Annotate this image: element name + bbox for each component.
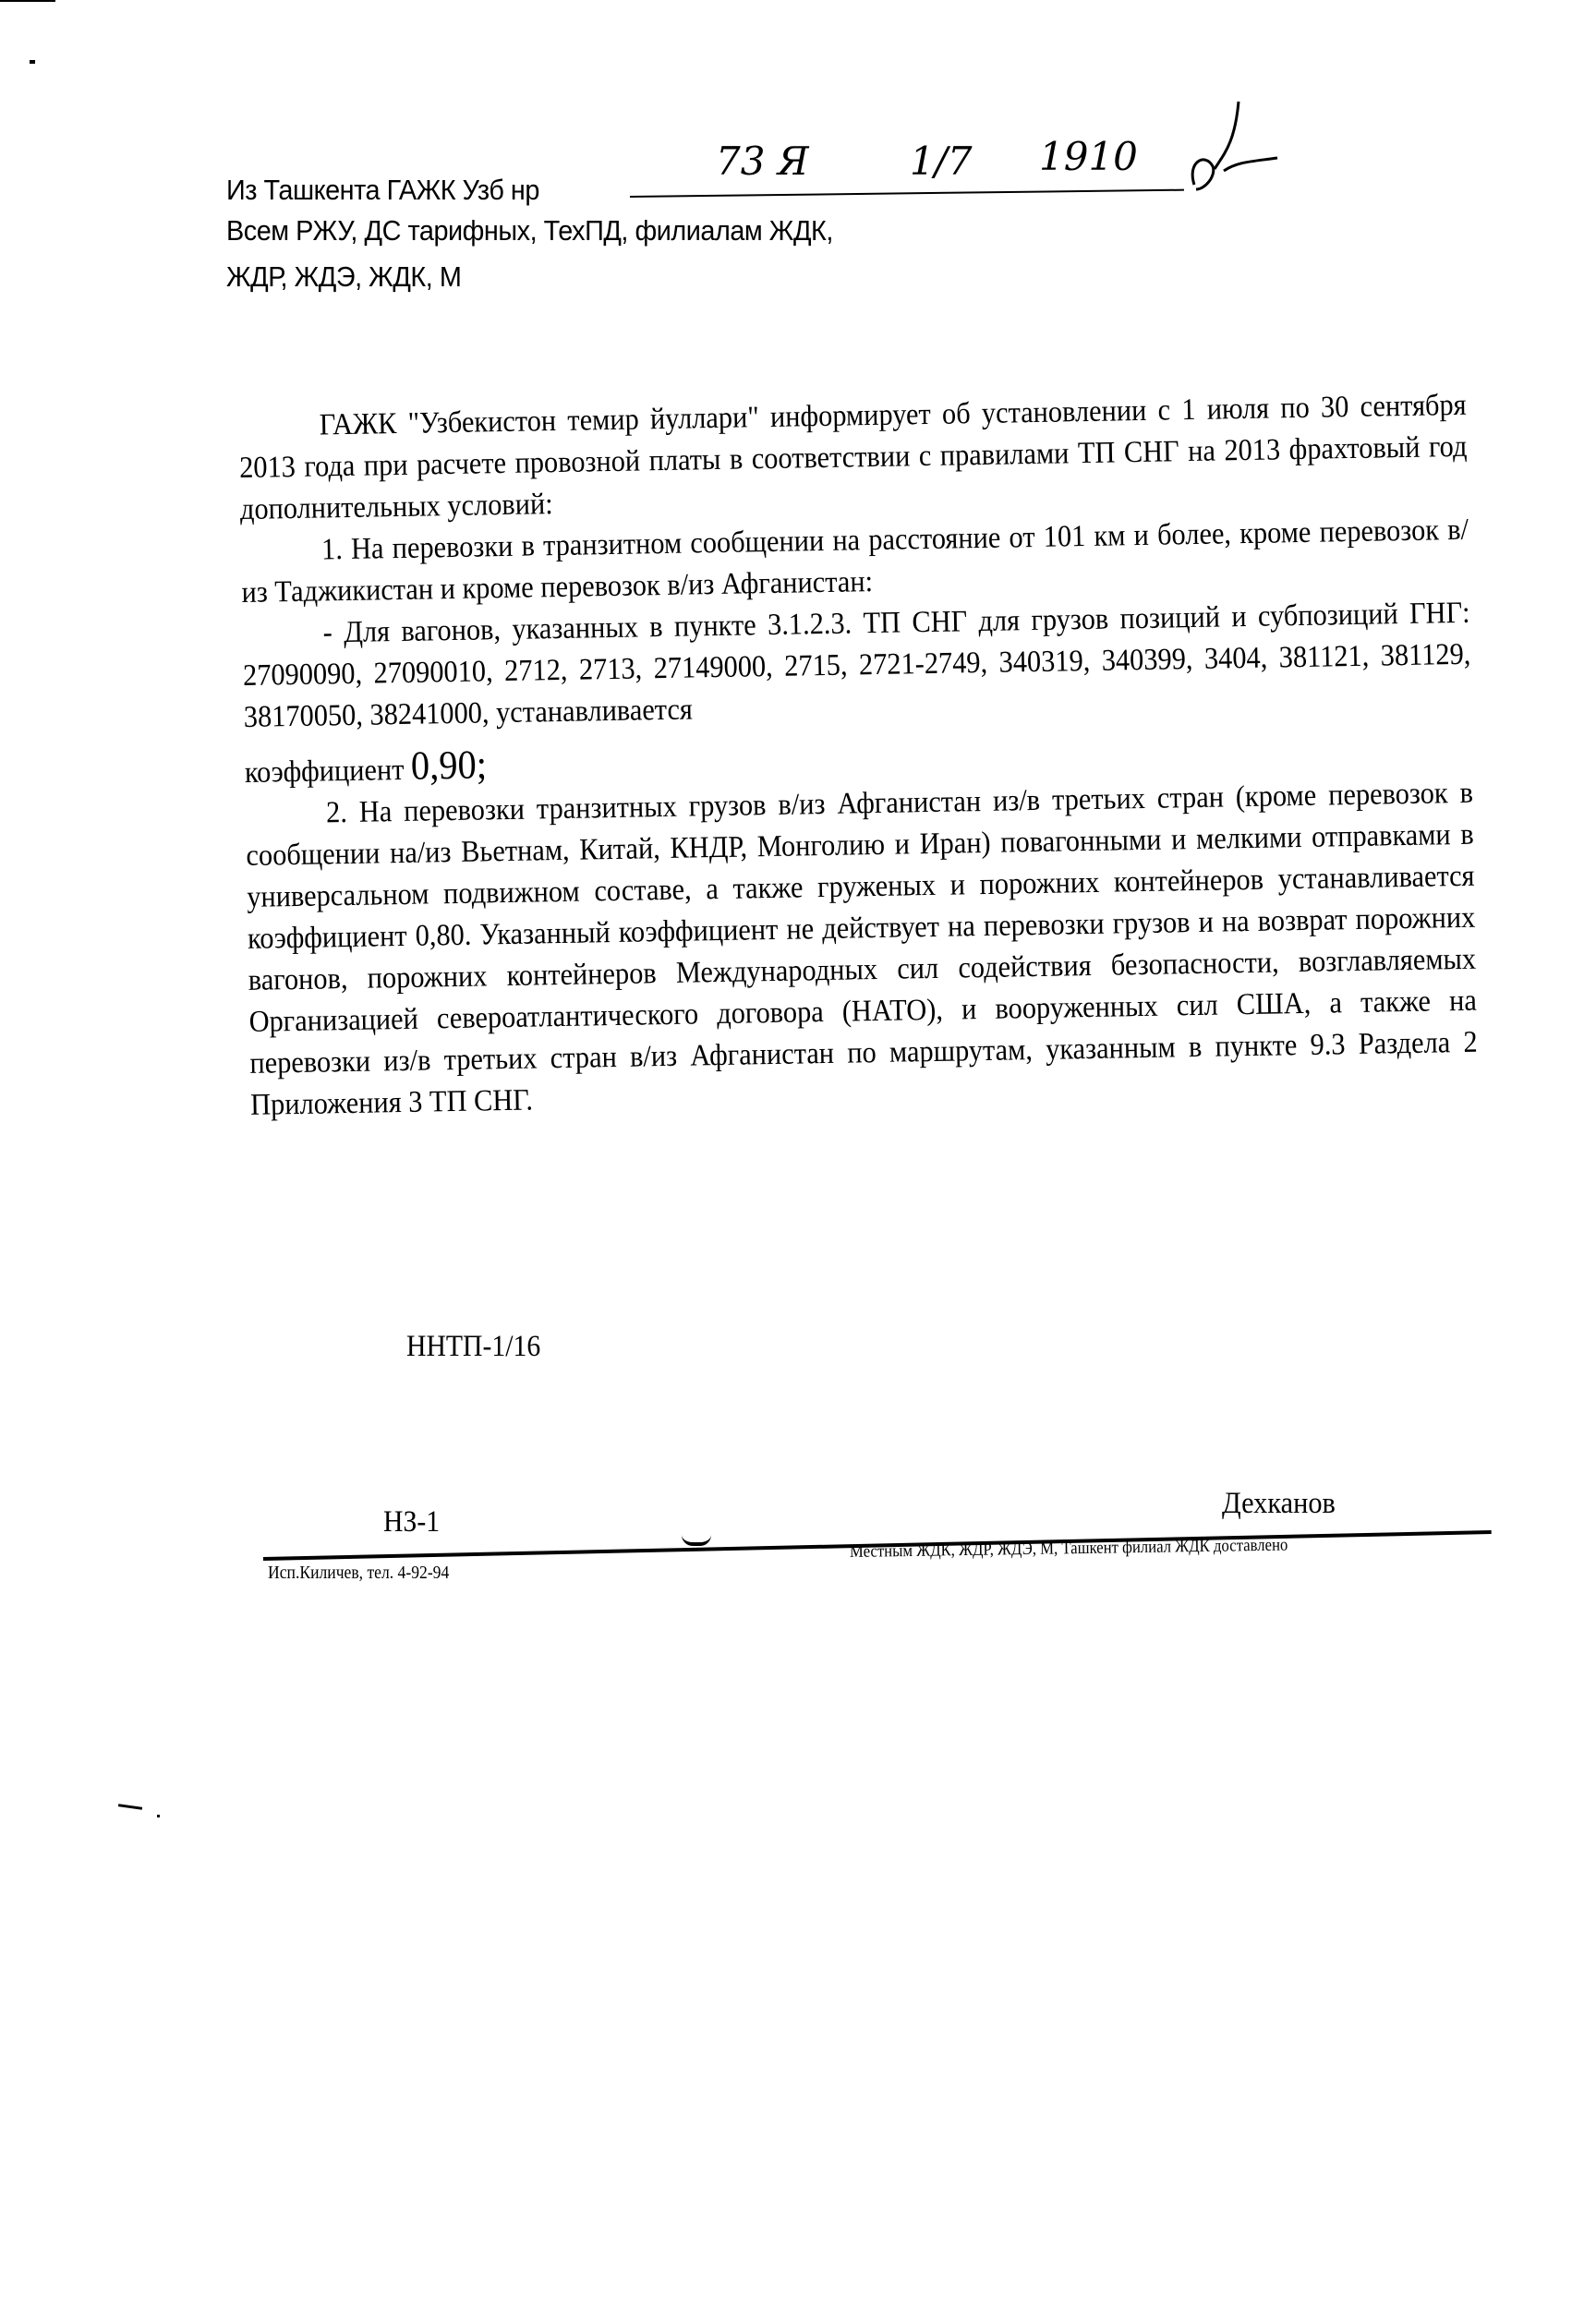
scan-speck — [118, 1804, 142, 1810]
handwritten-code: 1910 — [1039, 134, 1138, 179]
coefficient-value: 0,90; — [410, 742, 487, 788]
document-body: ГАЖК "Узбекистон темир йуллари" информир… — [238, 385, 1479, 1127]
coefficient-label: коэффициент — [245, 754, 405, 790]
delivery-note: Местным ЖДК, ЖДР, ЖДЭ, М, Ташкент филиал… — [850, 1535, 1288, 1563]
item-1-sub-paragraph: - Для вагонов, указанных в пункте 3.1.2.… — [242, 593, 1472, 739]
signer-name: Дехканов — [1222, 1487, 1336, 1521]
signature-icon — [1187, 97, 1279, 199]
scan-speck — [0, 0, 55, 2]
item-2-paragraph: 2. На перевозки транзитных грузов в/из А… — [245, 773, 1478, 1127]
handwritten-number: 73 Я — [716, 139, 809, 184]
document-page: Из Ташкента ГАЖК Узб нр 73 Я 1/7 1910 Вс… — [0, 0, 1596, 2318]
registration-number-blank — [630, 189, 1184, 198]
executor-info: Исп.Киличев, тел. 4-92-94 — [268, 1563, 449, 1584]
intro-paragraph: ГАЖК "Узбекистон темир йуллари" информир… — [238, 385, 1469, 531]
recipients-line-2: ЖДР, ЖДЭ, ЖДК, М — [226, 260, 461, 294]
scan-speck — [157, 1815, 160, 1817]
handwritten-date: 1/7 — [910, 139, 973, 184]
department-code: НЗ-1 — [383, 1505, 440, 1539]
scan-speck — [30, 60, 35, 64]
recipients-line-1: Всем РЖУ, ДС тарифных, ТехПД, филиалам Ж… — [226, 214, 833, 247]
initial-mark — [682, 1535, 711, 1546]
from-line: Из Ташкента ГАЖК Узб нр — [226, 174, 539, 207]
reference-code: ННТП-1/16 — [406, 1330, 540, 1364]
